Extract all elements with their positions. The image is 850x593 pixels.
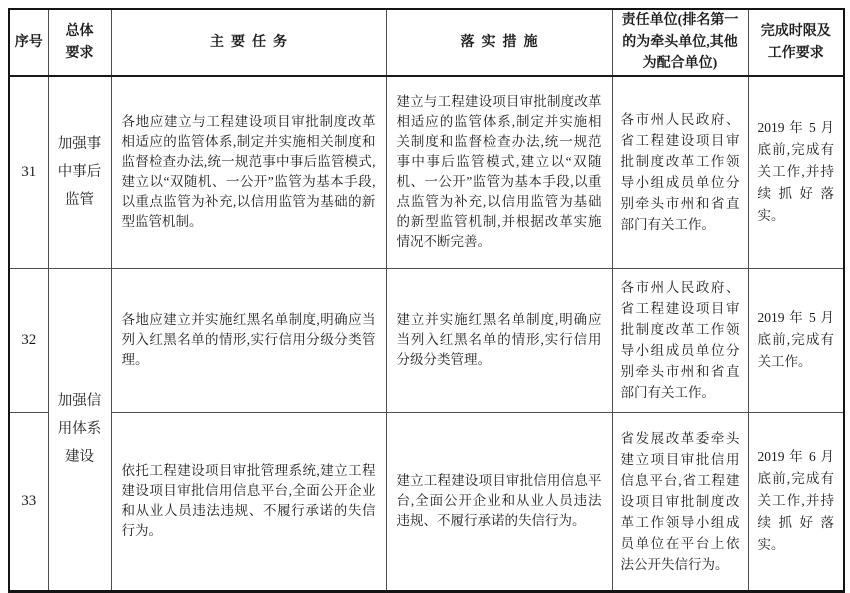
- row32-measures: 建立并实施红黑名单制度,明确应当列入红黑名单的情形,实行信用分级分类管理。: [386, 268, 612, 412]
- document-page: 序号 总体 要求 主 要 任 务 落 实 措 施 责任单位(排名第一 的为牵头单…: [0, 0, 850, 593]
- table-row-31: 31 加强事 中事后 监管 各地应建立与工程建设项目审批制度改革相适应的监管体系…: [9, 76, 844, 268]
- row31-serial-number: 31: [9, 76, 48, 268]
- row32-deadline: 2019 年 5 月底前,完成有关工作。: [748, 268, 844, 412]
- row31-deadline: 2019 年 5 月底前,完成有关工作,并持续抓好落实。: [748, 76, 844, 268]
- col-header-deadline: 完成时限及 工作要求: [748, 9, 844, 76]
- row32-33-overall-requirement: 加强信 用体系 建设: [48, 268, 111, 591]
- row33-responsible-unit: 省发展改革委牵头建立项目审批信用信息平台,省工程建设项目审批制度改革工作领导小组…: [612, 412, 748, 591]
- col-header-overall-requirement: 总体 要求: [48, 9, 111, 76]
- row32-main-task: 各地应建立并实施红黑名单制度,明确应当列入红黑名单的情形,实行信用分级分类管理。: [111, 268, 386, 412]
- row33-serial-number: 33: [9, 412, 48, 591]
- row31-overall-requirement: 加强事 中事后 监管: [48, 76, 111, 268]
- row32-responsible-unit: 各市州人民政府、省工程建设项目审批制度改革工作领导小组成员单位分别牵头市州和省直…: [612, 268, 748, 412]
- table-row-32: 32 加强信 用体系 建设 各地应建立并实施红黑名单制度,明确应当列入红黑名单的…: [9, 268, 844, 412]
- row31-main-task: 各地应建立与工程建设项目审批制度改革相适应的监管体系,制定并实施相关制度和监督检…: [111, 76, 386, 268]
- row33-deadline: 2019 年 6 月底前,完成有关工作,并持续抓好落实。: [748, 412, 844, 591]
- col-header-measures: 落 实 措 施: [386, 9, 612, 76]
- row32-serial-number: 32: [9, 268, 48, 412]
- col-header-serial: 序号: [9, 9, 48, 76]
- col-header-main-tasks: 主 要 任 务: [111, 9, 386, 76]
- col-header-responsible-unit: 责任单位(排名第一 的为牵头单位,其他 为配合单位): [612, 9, 748, 76]
- approval-reform-task-table: 序号 总体 要求 主 要 任 务 落 实 措 施 责任单位(排名第一 的为牵头单…: [8, 8, 845, 593]
- table-row-33: 33 依托工程建设项目审批管理系统,建立工程建设项目审批信用信息平台,全面公开企…: [9, 412, 844, 591]
- header-row: 序号 总体 要求 主 要 任 务 落 实 措 施 责任单位(排名第一 的为牵头单…: [9, 9, 844, 76]
- row33-measures: 建立工程建设项目审批信用信息平台,全面公开企业和从业人员违法违规、不履行承诺的失…: [386, 412, 612, 591]
- row33-main-task: 依托工程建设项目审批管理系统,建立工程建设项目审批信用信息平台,全面公开企业和从…: [111, 412, 386, 591]
- row31-measures: 建立与工程建设项目审批制度改革相适应的监管体系,制定并实施相关制度和监督检查办法…: [386, 76, 612, 268]
- row31-responsible-unit: 各市州人民政府、省工程建设项目审批制度改革工作领导小组成员单位分别牵头市州和省直…: [612, 76, 748, 268]
